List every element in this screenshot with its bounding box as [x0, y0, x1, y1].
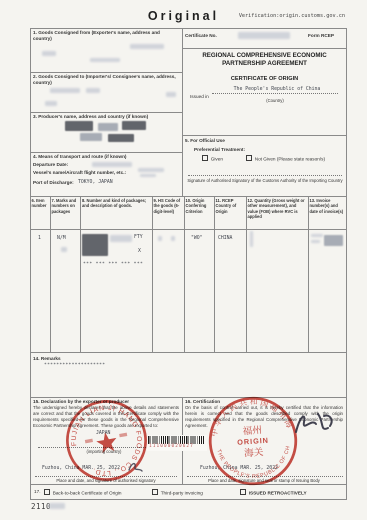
col-header-quantity: 12. Quantity (Gross weight or other meas… — [248, 198, 306, 219]
border-line — [30, 152, 182, 153]
issued-in-value: The People's Republic of China — [212, 87, 342, 92]
stamp-cjk-mark — [85, 439, 93, 444]
col-header-item: 6. Item number — [32, 198, 49, 209]
box4-label: 4. Means of transport and route (if know… — [33, 154, 179, 160]
vessel-label: Vessel's name/Aircraft flight number, et… — [33, 170, 126, 176]
redaction — [311, 240, 320, 243]
back-to-back-checkbox — [44, 489, 50, 495]
dotted-line — [212, 93, 338, 94]
table-column-line — [246, 196, 247, 352]
not-given-checkbox — [246, 155, 252, 161]
redaction — [80, 133, 102, 141]
redaction — [311, 234, 323, 237]
row-item-number: 1 — [38, 236, 41, 241]
stamp-star-icon — [95, 430, 119, 454]
col-header-rcep-country: 11. RCEP Country of Origin — [216, 198, 244, 214]
third-party-option: Third-party invoicing — [152, 489, 203, 497]
redaction — [140, 174, 156, 177]
border-line — [182, 48, 347, 49]
barcode-bars — [148, 436, 205, 444]
redaction — [82, 234, 108, 256]
table-column-line — [80, 196, 81, 352]
table-column-line — [50, 196, 51, 352]
departure-date-label: Departure Date: — [33, 162, 68, 168]
back-to-back-option: Back-to-back Certificate of Origin — [44, 489, 121, 497]
box5-label: 5. For Official Use — [185, 138, 225, 144]
border-line — [30, 499, 347, 500]
issued-in-label: Issued in — [190, 94, 209, 100]
redaction — [45, 101, 57, 106]
border-line — [30, 28, 31, 500]
redaction — [250, 231, 253, 247]
redaction — [324, 235, 343, 246]
given-checkbox — [202, 155, 208, 161]
certificate-of-origin-subtitle: CERTIFICATE OF ORIGIN — [182, 76, 347, 82]
exporter-company-stamp: FUJIAN LIAN JI HANG FOODS CO., LTD. — [57, 391, 155, 489]
redaction — [130, 44, 164, 49]
dotted-line — [188, 175, 342, 176]
border-line — [182, 135, 347, 136]
barcode-number: 111000020627 — [149, 444, 207, 449]
border-line — [30, 229, 347, 230]
col-header-hs-code: 9. HS Code of the goods (6-digit-level) — [154, 198, 182, 214]
port-of-discharge-label: Port of Discharge: — [33, 180, 74, 186]
redaction — [158, 236, 162, 241]
verification-url: Verification:origin.customs.gov.cn — [239, 13, 345, 19]
redaction — [50, 88, 80, 93]
row-description-fragment: FTY — [134, 235, 143, 240]
redaction — [42, 51, 56, 56]
redaction — [65, 121, 93, 131]
border-line — [30, 397, 347, 398]
row-marks: N/M — [57, 236, 66, 241]
form-rcep-label: Form RCEP — [308, 33, 334, 39]
redaction — [238, 32, 290, 39]
redaction — [138, 168, 164, 172]
redaction — [90, 58, 120, 62]
remarks-content: ******************** — [44, 363, 105, 368]
stamp-cjk-mark — [119, 433, 127, 438]
border-line — [30, 112, 182, 113]
table-column-line — [184, 196, 185, 352]
row-description-fragment: X — [138, 249, 141, 254]
redaction — [92, 162, 132, 167]
table-column-line — [308, 196, 309, 352]
customs-signature-caption: Signature of Authorised Signatory of the… — [187, 178, 343, 183]
box1-label: 1. Goods Consigned from (Exporter's name… — [33, 30, 179, 42]
border-line — [30, 196, 347, 197]
third-party-checkbox — [152, 489, 158, 495]
country-hint: (Country) — [212, 98, 338, 103]
table-column-line — [214, 196, 215, 352]
border-line — [30, 72, 182, 73]
handwritten-signature — [291, 406, 337, 442]
redaction — [49, 503, 65, 509]
agreement-title-line1: REGIONAL COMPREHENSIVE ECONOMIC — [182, 52, 347, 59]
barcode: 111000020627 — [147, 435, 207, 451]
given-option: Given — [202, 155, 223, 163]
redaction — [122, 121, 146, 130]
issued-retroactively-option: ISSUED RETROACTIVELY — [240, 489, 307, 497]
row-origin-criterion: "WO" — [191, 236, 203, 241]
box2-label: 2. Goods Consigned to (Importer's/ Consi… — [33, 74, 179, 86]
customs-stamp-customs-word: 海关 — [244, 446, 264, 459]
box14-label: 14. Remarks — [33, 356, 61, 362]
not-given-option: Not Given (Please state reason/s) — [246, 155, 325, 163]
row-rcep-country: CHINA — [218, 236, 232, 241]
col-header-origin-criterion: 10. Origin Conferring Criterion — [186, 198, 212, 214]
redaction — [108, 134, 134, 142]
border-line — [30, 352, 347, 353]
customs-stamp-city: 福州 — [242, 424, 262, 437]
row-description-asterisks: *** *** *** *** *** — [83, 262, 143, 267]
agreement-title-line2: PARTNERSHIP AGREEMENT — [182, 60, 347, 67]
certificate-no-label: Certificate No. — [185, 33, 217, 39]
border-line — [346, 28, 347, 500]
ink-initial-mark — [126, 459, 144, 473]
issued-retroactively-checkbox — [240, 489, 246, 495]
redaction — [98, 123, 118, 131]
scanned-certificate-page: { "page": { "title": "Original", "verifi… — [0, 0, 367, 520]
redaction — [166, 92, 176, 97]
redaction — [110, 235, 132, 242]
port-of-discharge-value: TOKYO, JAPAN — [78, 180, 113, 185]
border-line — [30, 28, 347, 29]
redaction — [61, 247, 67, 252]
box3-label: 3. Producer's name, address and country … — [33, 114, 179, 120]
col-header-description: 8. Number and kind of packages; and desc… — [82, 198, 148, 209]
col-header-invoice: 13. Invoice number(s) and date of invoic… — [310, 198, 345, 214]
preferential-treatment-label: Preferential Treatment: — [194, 147, 245, 153]
col-header-marks: 7. Marks and numbers on packages — [52, 198, 78, 214]
customs-stamp-origin-word: ORIGIN — [237, 436, 269, 447]
customs-origin-stamp: 中华人民共和国福州海关 THE PEOPLE'S REPUBLIC OF CHI… — [204, 392, 302, 490]
redaction — [171, 236, 175, 241]
box17-number: 17. — [34, 489, 41, 495]
redaction — [86, 88, 100, 93]
table-column-line — [152, 196, 153, 352]
